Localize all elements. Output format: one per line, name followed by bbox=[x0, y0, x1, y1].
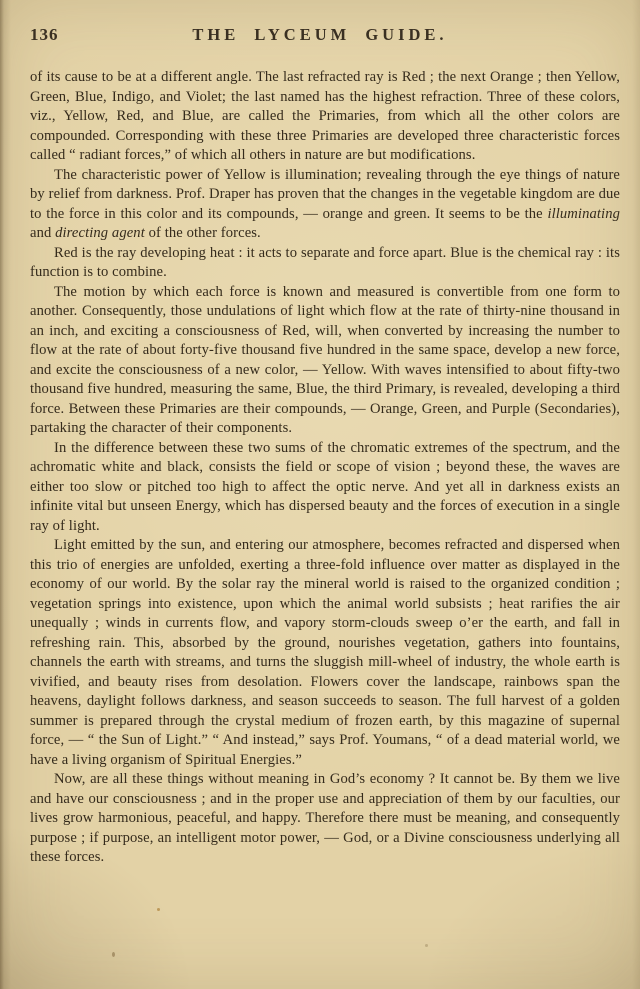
paragraph-2-italic-directing-agent: directing agent bbox=[55, 225, 145, 241]
paragraph-3-text: Red is the ray developing heat : it acts… bbox=[30, 245, 620, 281]
paragraph-1: of its cause to be at a different angle.… bbox=[30, 68, 620, 166]
running-title: THE LYCEUM GUIDE. bbox=[0, 25, 640, 45]
paper-speck bbox=[425, 944, 428, 947]
paper-speck bbox=[157, 908, 160, 911]
book-page: 136 THE LYCEUM GUIDE. of its cause to be… bbox=[0, 0, 640, 989]
running-header: 136 THE LYCEUM GUIDE. bbox=[0, 25, 640, 45]
paragraph-1-text: of its cause to be at a different angle.… bbox=[30, 69, 620, 163]
page-number: 136 bbox=[30, 25, 59, 45]
paragraph-5: In the difference between these two sums… bbox=[30, 439, 620, 537]
paragraph-2-italic-illuminating: illuminating bbox=[547, 206, 620, 222]
paragraph-3: Red is the ray developing heat : it acts… bbox=[30, 244, 620, 283]
paragraph-7-text: Now, are all these things without meanin… bbox=[30, 771, 620, 865]
paragraph-4: The motion by which each force is known … bbox=[30, 283, 620, 439]
paragraph-4-text: The motion by which each force is known … bbox=[30, 284, 620, 437]
paragraph-2-text: The characteristic power of Yellow is il… bbox=[30, 167, 620, 222]
paragraph-2: The characteristic power of Yellow is il… bbox=[30, 166, 620, 244]
paragraph-2-text-end: of the other forces. bbox=[145, 225, 261, 241]
paragraph-6: Light emitted by the sun, and entering o… bbox=[30, 536, 620, 770]
paragraph-2-text-and: and bbox=[30, 225, 55, 241]
paragraph-5-text: In the difference between these two sums… bbox=[30, 440, 620, 534]
paragraph-7: Now, are all these things without meanin… bbox=[30, 770, 620, 868]
page-body: of its cause to be at a different angle.… bbox=[30, 68, 620, 868]
paragraph-6-text: Light emitted by the sun, and entering o… bbox=[30, 537, 620, 768]
paper-speck bbox=[112, 952, 115, 957]
